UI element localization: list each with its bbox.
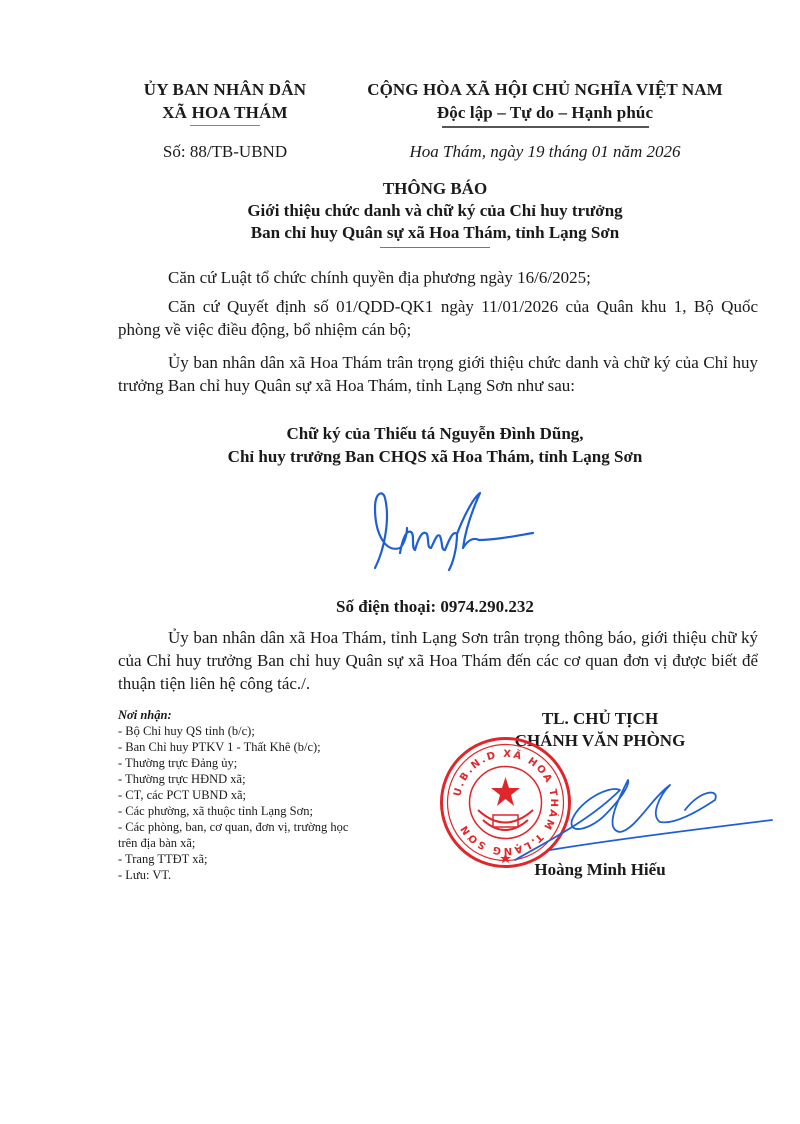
paragraph-closing: Ủy ban nhân dân xã Hoa Thám, tỉnh Lạng S…: [118, 626, 758, 695]
paragraph-introduction: Ủy ban nhân dân xã Hoa Thám trân trọng g…: [118, 351, 758, 397]
signer-name: Hoàng Minh Hiếu: [440, 860, 760, 880]
title-sub2: Ban chỉ huy Quân sự xã Hoa Thám, tỉnh Lạ…: [110, 222, 760, 244]
issuing-authority: ỦY BAN NHÂN DÂN XÃ HOA THÁM: [115, 78, 335, 126]
phone-number: Số điện thoại: 0974.290.232: [110, 597, 760, 617]
paragraph-legal-basis-1: Căn cứ Luật tổ chức chính quyền địa phươ…: [118, 266, 758, 289]
commander-signature: [345, 478, 535, 578]
signer-signature: [510, 760, 775, 870]
recipient-item: - Các phường, xã thuộc tỉnh Lạng Sơn;: [118, 803, 428, 819]
motto-underline: [442, 126, 649, 128]
document-title: THÔNG BÁO Giới thiệu chức danh và chữ ký…: [110, 178, 760, 248]
recipient-item: - Trang TTĐT xã;: [118, 851, 428, 867]
paragraph-legal-basis-2: Căn cứ Quyết định số 01/QDD-QK1 ngày 11/…: [118, 295, 758, 341]
national-motto: CỘNG HÒA XÃ HỘI CHỦ NGHĨA VIỆT NAM Độc l…: [330, 78, 760, 128]
recipients-list: Nơi nhận: - Bộ Chỉ huy QS tỉnh (b/c); - …: [118, 707, 428, 883]
signature-caption: Chữ ký của Thiếu tá Nguyễn Đình Dũng, Ch…: [110, 422, 760, 468]
motto: Độc lập – Tự do – Hạnh phúc: [330, 101, 760, 124]
title-sub1: Giới thiệu chức danh và chữ ký của Chỉ h…: [110, 200, 760, 222]
place-date: Hoa Thám, ngày 19 tháng 01 năm 2026: [330, 142, 760, 162]
recipients-label: Nơi nhận:: [118, 707, 428, 723]
recipient-item: - Thường trực Đảng ủy;: [118, 755, 428, 771]
nation-name: CỘNG HÒA XÃ HỘI CHỦ NGHĨA VIỆT NAM: [330, 78, 760, 101]
recipient-item: - CT, các PCT UBND xã;: [118, 787, 428, 803]
title-underline: [380, 247, 490, 248]
recipient-item: - Bộ Chỉ huy QS tỉnh (b/c);: [118, 723, 428, 739]
recipient-item: - Các phòng, ban, cơ quan, đơn vị, trườn…: [118, 819, 358, 851]
authority-underline: [190, 125, 260, 126]
title-main: THÔNG BÁO: [110, 178, 760, 200]
authority-line2: XÃ HOA THÁM: [115, 101, 335, 124]
recipient-item: - Thường trực HĐND xã;: [118, 771, 428, 787]
recipient-item: - Lưu: VT.: [118, 867, 428, 883]
document-number: Số: 88/TB-UBND: [115, 142, 335, 162]
authority-line1: ỦY BAN NHÂN DÂN: [115, 78, 335, 101]
recipient-item: - Ban Chỉ huy PTKV 1 - Thất Khê (b/c);: [118, 739, 428, 755]
